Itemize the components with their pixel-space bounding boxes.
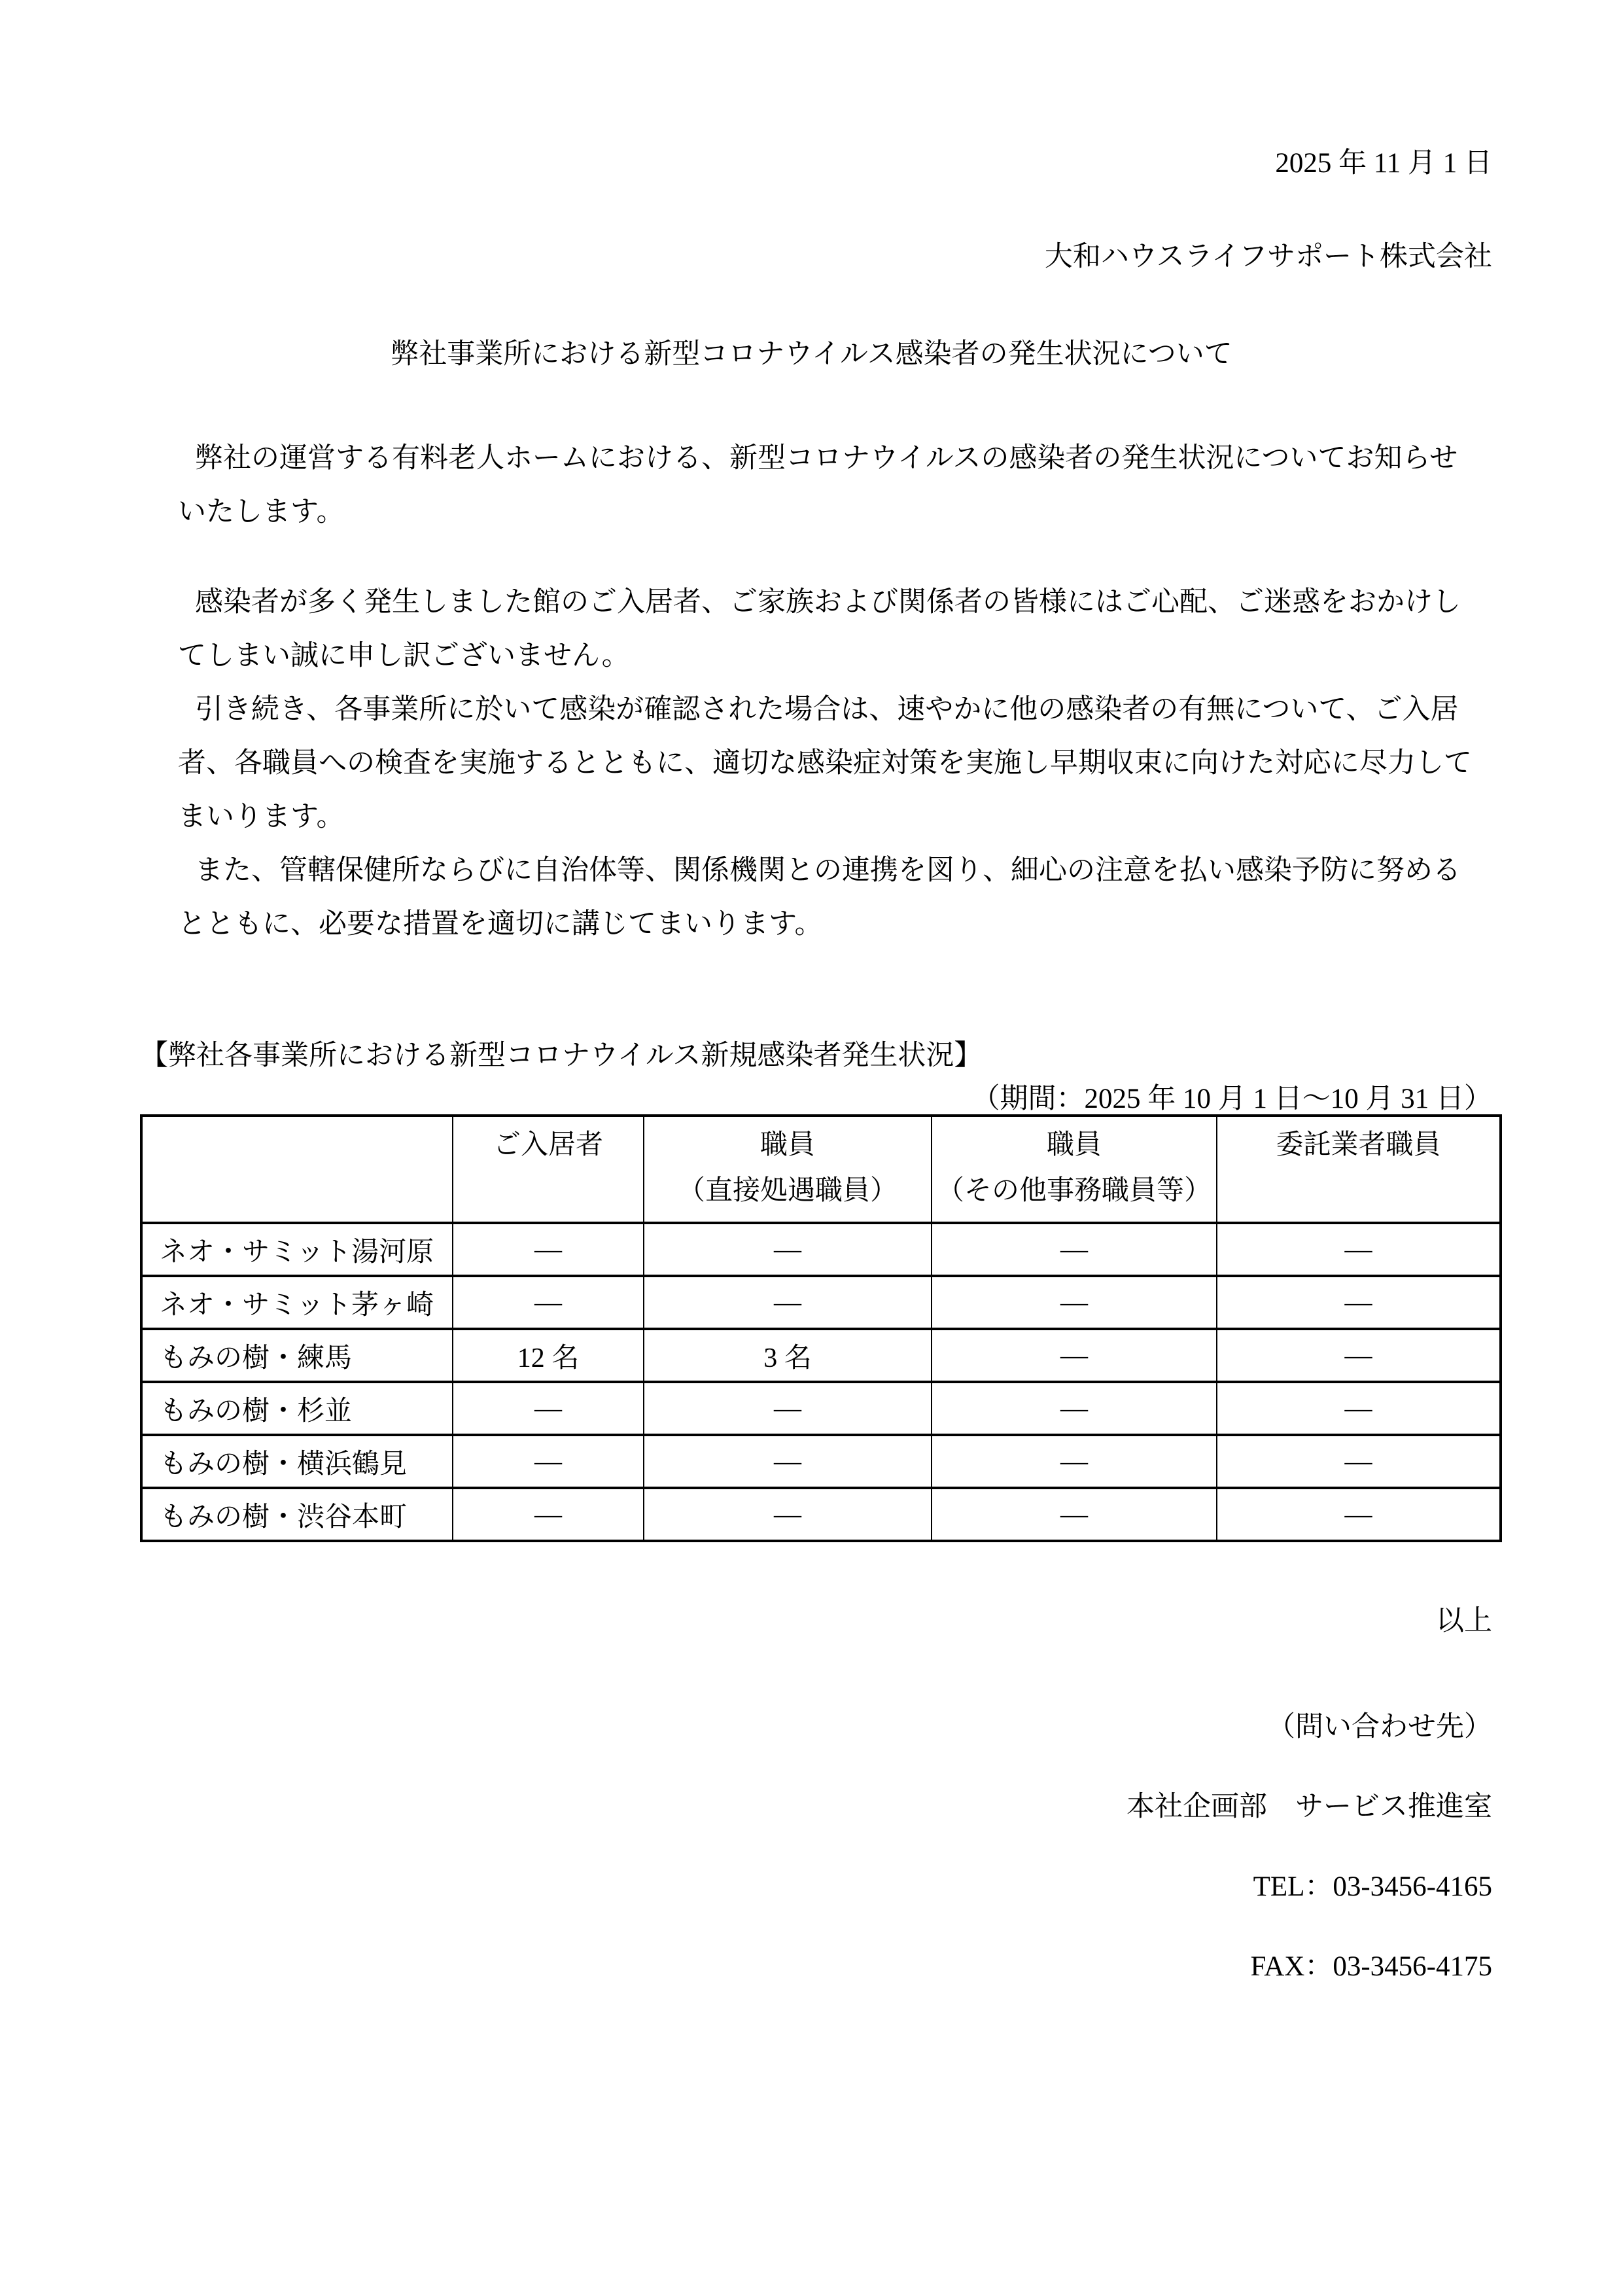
contact-department: 本社企画部 サービス推進室 bbox=[178, 1791, 1492, 1824]
staff-direct-count: 3 名 bbox=[644, 1329, 932, 1382]
residents-count: ― bbox=[453, 1276, 644, 1329]
paragraph-apology: 感染者が多く発生しました館のご入居者、ご家族および関係者の皆様にはご心配、ご迷惑… bbox=[178, 576, 1492, 683]
table-header-row: ご入居者 職員 （直接処遇職員） 職員 （その他事務職員等） 委託業者職員 bbox=[141, 1116, 1501, 1223]
document-content: 2025 年 11 月 1 日 大和ハウスライフサポート株式会社 弊社事業所にお… bbox=[0, 0, 1623, 1983]
paragraph-line: 引き続き、各事業所に於いて感染が確認された場合は、速やかに他の感染者の有無につい… bbox=[178, 683, 1492, 737]
residents-count: ― bbox=[453, 1488, 644, 1541]
contact-tel: TEL：03-3456-4165 bbox=[178, 1871, 1492, 1903]
document-page: 2025 年 11 月 1 日 大和ハウスライフサポート株式会社 弊社事業所にお… bbox=[0, 0, 1623, 2296]
facility-name: もみの樹・渋谷本町 bbox=[141, 1488, 453, 1541]
header-contractors: 委託業者職員 bbox=[1217, 1116, 1501, 1223]
residents-count: ― bbox=[453, 1382, 644, 1435]
header-staff-other: 職員 （その他事務職員等） bbox=[932, 1116, 1217, 1223]
residents-count: ― bbox=[453, 1223, 644, 1276]
staff-direct-count: ― bbox=[644, 1382, 932, 1435]
staff-other-count: ― bbox=[932, 1435, 1217, 1488]
header-line: ご入居者 bbox=[453, 1122, 643, 1168]
document-title: 弊社事業所における新型コロナウイルス感染者の発生状況について bbox=[131, 338, 1492, 371]
facility-name: ネオ・サミット茅ヶ崎 bbox=[141, 1276, 453, 1329]
paragraph-cooperation: また、管轄保健所ならびに自治体等、関係機関との連携を図り、細心の注意を払い感染予… bbox=[178, 844, 1492, 951]
contractors-count: ― bbox=[1217, 1329, 1501, 1382]
header-line: 職員 bbox=[932, 1122, 1216, 1168]
paragraph-line: いたします。 bbox=[178, 486, 1492, 539]
paragraph-line: まいります。 bbox=[178, 790, 1492, 844]
table-period: （期間：2025 年 10 月 1 日～10 月 31 日） bbox=[178, 1084, 1492, 1114]
header-staff-direct: 職員 （直接処遇職員） bbox=[644, 1116, 932, 1223]
table-row: もみの樹・横浜鶴見 ― ― ― ― bbox=[141, 1435, 1501, 1488]
facility-name: もみの樹・杉並 bbox=[141, 1382, 453, 1435]
table-row: もみの樹・練馬 12 名 3 名 ― ― bbox=[141, 1329, 1501, 1382]
paragraph-line: 者、各職員への検査を実施するとともに、適切な感染症対策を実施し早期収束に向けた対… bbox=[178, 737, 1492, 790]
contractors-count: ― bbox=[1217, 1382, 1501, 1435]
paragraph-line: 感染者が多く発生しました館のご入居者、ご家族および関係者の皆様にはご心配、ご迷惑… bbox=[178, 576, 1492, 629]
header-facility bbox=[141, 1116, 453, 1223]
header-line: 委託業者職員 bbox=[1217, 1122, 1499, 1168]
paragraph-line: また、管轄保健所ならびに自治体等、関係機関との連携を図り、細心の注意を払い感染予… bbox=[178, 844, 1492, 898]
paragraph-line: とともに、必要な措置を適切に講じてまいります。 bbox=[178, 898, 1492, 951]
staff-other-count: ― bbox=[932, 1223, 1217, 1276]
date: 2025 年 11 月 1 日 bbox=[178, 147, 1492, 180]
header-residents: ご入居者 bbox=[453, 1116, 644, 1223]
paragraph-measures: 引き続き、各事業所に於いて感染が確認された場合は、速やかに他の感染者の有無につい… bbox=[178, 683, 1492, 844]
contractors-count: ― bbox=[1217, 1435, 1501, 1488]
company-name: 大和ハウスライフサポート株式会社 bbox=[178, 241, 1492, 274]
staff-other-count: ― bbox=[932, 1382, 1217, 1435]
infection-status-table: ご入居者 職員 （直接処遇職員） 職員 （その他事務職員等） 委託業者職員 bbox=[140, 1114, 1502, 1542]
contact-fax: FAX：03-3456-4175 bbox=[178, 1951, 1492, 1983]
table-row: もみの樹・渋谷本町 ― ― ― ― bbox=[141, 1488, 1501, 1541]
staff-other-count: ― bbox=[932, 1276, 1217, 1329]
paragraph-announcement: 弊社の運営する有料老人ホームにおける、新型コロナウイルスの感染者の発生状況につい… bbox=[178, 432, 1492, 539]
table-section-header: 【弊社各事業所における新型コロナウイルス新規感染者発生状況】 bbox=[140, 1040, 1492, 1072]
facility-name: もみの樹・横浜鶴見 bbox=[141, 1435, 453, 1488]
contractors-count: ― bbox=[1217, 1488, 1501, 1541]
residents-count: 12 名 bbox=[453, 1329, 644, 1382]
contractors-count: ― bbox=[1217, 1276, 1501, 1329]
header-subline: （直接処遇職員） bbox=[644, 1168, 931, 1214]
residents-count: ― bbox=[453, 1435, 644, 1488]
table-row: もみの樹・杉並 ― ― ― ― bbox=[141, 1382, 1501, 1435]
facility-name: もみの樹・練馬 bbox=[141, 1329, 453, 1382]
header-subline: （その他事務職員等） bbox=[932, 1168, 1216, 1214]
paragraph-line: てしまい誠に申し訳ございません。 bbox=[178, 629, 1492, 683]
table-row: ネオ・サミット茅ヶ崎 ― ― ― ― bbox=[141, 1276, 1501, 1329]
staff-direct-count: ― bbox=[644, 1435, 932, 1488]
staff-direct-count: ― bbox=[644, 1276, 932, 1329]
facility-name: ネオ・サミット湯河原 bbox=[141, 1223, 453, 1276]
staff-direct-count: ― bbox=[644, 1488, 932, 1541]
closing-ijou: 以上 bbox=[178, 1605, 1492, 1638]
contractors-count: ― bbox=[1217, 1223, 1501, 1276]
paragraph-line: 弊社の運営する有料老人ホームにおける、新型コロナウイルスの感染者の発生状況につい… bbox=[178, 432, 1492, 486]
header-line: 職員 bbox=[644, 1122, 931, 1168]
contact-heading: （問い合わせ先） bbox=[178, 1711, 1492, 1744]
staff-other-count: ― bbox=[932, 1329, 1217, 1382]
table-row: ネオ・サミット湯河原 ― ― ― ― bbox=[141, 1223, 1501, 1276]
staff-direct-count: ― bbox=[644, 1223, 932, 1276]
staff-other-count: ― bbox=[932, 1488, 1217, 1541]
